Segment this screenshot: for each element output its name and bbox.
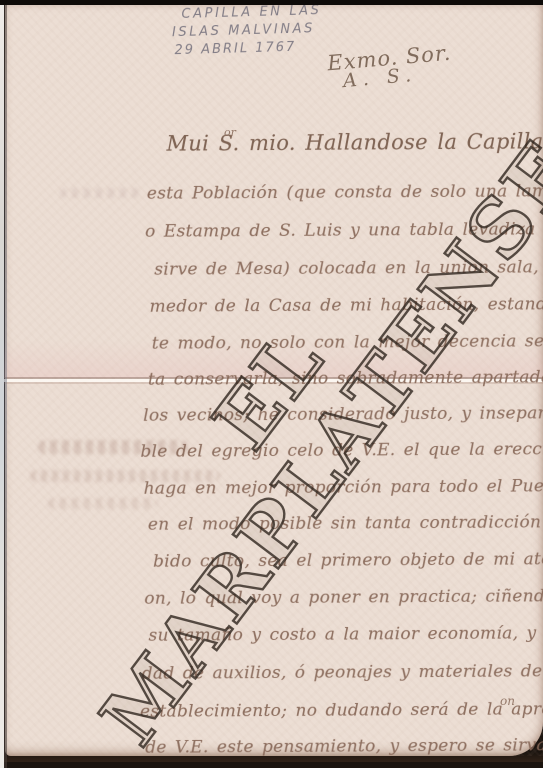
body-line: te modo, no solo con la mejor decencia s… [152, 332, 543, 354]
scan-left-edge-line [4, 0, 7, 768]
scan-top-edge [0, 0, 543, 5]
superscript-abbreviation: or [224, 126, 236, 139]
body-line: los vecinos; he considerado justo, y ins… [143, 404, 543, 426]
body-line: bido culto, sea el primero objeto de mi … [153, 550, 543, 572]
letter-body: Mui S. mio. Hallandose la Capilla de est… [0, 0, 543, 768]
body-line: ble del egregio celo de V.E. el que la e… [140, 440, 543, 462]
body-line: establecimiento; no dudando será de la a… [140, 700, 543, 722]
body-line: su tamaño y costo a la maior economía, y… [148, 624, 543, 646]
body-line: de V.E. este pensamiento, y espero se si… [145, 736, 543, 757]
body-line: o Estampa de S. Luis y una tabla levadiz… [145, 220, 543, 242]
body-line: dad de auxilios, ó peonajes y materiales… [142, 662, 543, 684]
body-line: ta conservarla, sino sobradamente aparta… [148, 368, 543, 390]
body-line: esta Población (que consta de solo una l… [147, 182, 543, 204]
superscript-abbreviation: on [500, 694, 515, 708]
body-line: sirve de Mesa) colocada en la union sala… [154, 258, 543, 280]
body-line: en el modo posible sin tanta contradicci… [148, 513, 543, 535]
pencil-annotation: CAPILLA EN LAS ISLAS MALVINAS 29 ABRIL 1… [181, 2, 322, 60]
body-line: Mui S. mio. Hallandose la Capilla de [166, 132, 543, 154]
body-line: medor de la Casa de mi habitación, estan… [149, 295, 543, 317]
document-scan: CAPILLA EN LAS ISLAS MALVINAS 29 ABRIL 1… [0, 0, 543, 768]
body-line: on, lo qual voy a poner en practica; ciñ… [144, 587, 543, 609]
body-line: haga en mejor proporción para todo el Pu… [144, 477, 543, 499]
